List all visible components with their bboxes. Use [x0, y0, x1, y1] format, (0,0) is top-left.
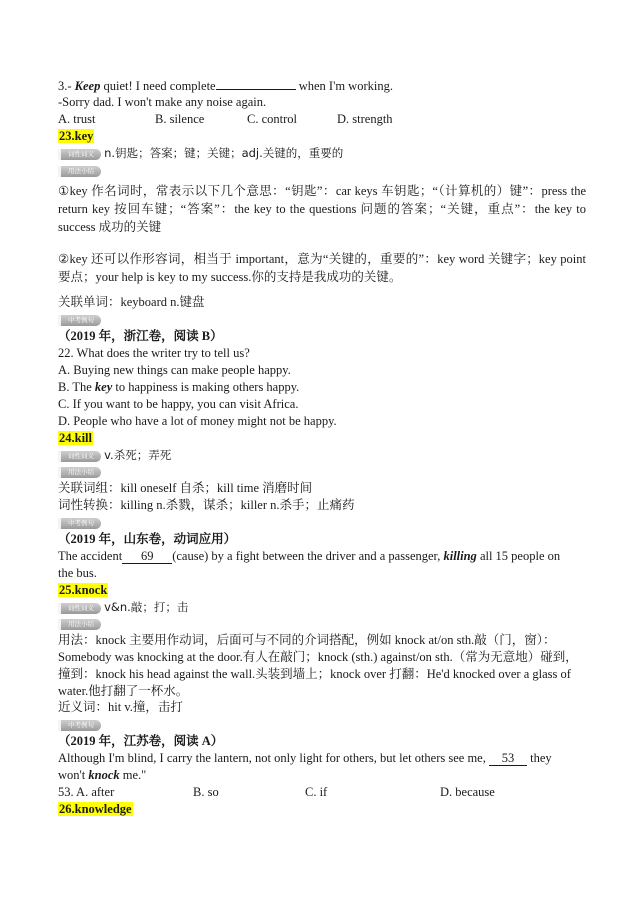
knock-exam-line1: Although I'm blind, I carry the lantern,…: [58, 750, 552, 766]
knock-usage-line-3: 撞到：knock his head against the wall.头装到墙上…: [58, 666, 571, 682]
q3-text: quiet! I need complete: [100, 79, 215, 93]
kill-meaning: v.杀死；弄死: [104, 448, 171, 462]
key-usage-paragraph-1: ①key 作名词时，常表示以下几个意思：“钥匙”：car keys 车钥匙；“（…: [58, 182, 586, 236]
q3-option-a: A. trust: [58, 111, 155, 127]
kill-usage-badge-row: 用法小结: [58, 464, 101, 478]
kill-exam-blank: 69: [122, 550, 172, 564]
key-meaning-row: 词性词义 n.钥匙；答案；键；关键；adj.关键的，重要的: [58, 145, 343, 161]
usage-badge: 用法小结: [58, 619, 101, 630]
key-related: 关联单词：keyboard n.键盘: [58, 294, 205, 310]
kill-exam-source: （2019 年，山东卷，动词应用）: [58, 531, 236, 547]
key-usage-badge-row: 用法小结: [58, 163, 101, 177]
entry-heading-kill: 24.kill: [58, 430, 93, 446]
key-exam-keyword: key: [95, 380, 112, 394]
meaning-badge: 词性词义: [58, 451, 101, 462]
example-badge: 中考例句: [58, 720, 101, 731]
kill-conversion: 词性转换：killing n.杀戮，谋杀；killer n.杀手；止痛药: [58, 497, 355, 513]
knock-option-a: 53. A. after: [58, 784, 193, 800]
q3-option-d: D. strength: [337, 111, 393, 127]
key-meaning: n.钥匙；答案；键；关键；adj.关键的，重要的: [104, 146, 343, 160]
q3-line2: -Sorry dad. I won't make any noise again…: [58, 94, 266, 110]
knock-exam-keyword: knock: [88, 768, 119, 782]
q3-suffix: when I'm working.: [296, 79, 393, 93]
knock-synonym: 近义词：hit v.撞，击打: [58, 699, 183, 715]
usage-badge: 用法小结: [58, 166, 101, 177]
kill-exam-keyword: killing: [443, 549, 476, 563]
usage-badge: 用法小结: [58, 467, 101, 478]
knock-exam-options: 53. A. afterB. soC. ifD. because: [58, 784, 495, 800]
entry-heading-knock: 25.knock: [58, 582, 108, 598]
knock-example-badge-row: 中考例句: [58, 717, 101, 731]
key-exam-source: （2019 年，浙江卷，阅读 B）: [58, 328, 223, 344]
kill-example-badge-row: 中考例句: [58, 515, 101, 529]
knock-option-c: C. if: [305, 784, 440, 800]
knock-exam-blank: 53: [489, 752, 527, 766]
knock-usage-line-1: 用法：knock 主要用作动词，后面可与不同的介词搭配，例如 knock at/…: [58, 632, 556, 648]
kill-exam-line1: The accident69(cause) by a fight between…: [58, 548, 560, 564]
knock-meaning: v&n.敲；打；击: [104, 600, 188, 614]
knock-usage-badge-row: 用法小结: [58, 616, 101, 630]
meaning-badge: 词性词义: [58, 603, 101, 614]
knock-usage-line-4: water.他打翻了一杯水。: [58, 683, 188, 699]
kill-related-phrases: 关联词组：kill oneself 自杀；kill time 消磨时间: [58, 480, 312, 496]
q3-keyword: Keep: [75, 79, 101, 93]
key-exam-option-b: B. The key to happiness is making others…: [58, 379, 299, 395]
knock-usage-line-2: Somebody was knocking at the door.有人在敲门；…: [58, 649, 578, 665]
entry-heading-key: 23.key: [58, 128, 94, 144]
q3-blank: [216, 89, 296, 90]
q3-line1: 3.- Keep quiet! I need complete when I'm…: [58, 78, 393, 94]
q3-options: A. trustB. silenceC. controlD. strength: [58, 111, 393, 127]
q3-number: 3.-: [58, 79, 75, 93]
key-exam-option-d: D. People who have a lot of money might …: [58, 413, 337, 429]
knock-meaning-row: 词性词义 v&n.敲；打；击: [58, 599, 188, 615]
knock-exam-source: （2019 年，江苏卷，阅读 A）: [58, 733, 223, 749]
key-exam-question: 22. What does the writer try to tell us?: [58, 345, 250, 361]
q3-option-b: B. silence: [155, 111, 247, 127]
key-usage-paragraph-2: ②key 还可以作形容词，相当于 important，意为“关键的，重要的”：k…: [58, 250, 586, 286]
key-example-badge-row: 中考例句: [58, 312, 101, 326]
kill-exam-line2: the bus.: [58, 565, 97, 581]
example-badge: 中考例句: [58, 518, 101, 529]
example-badge: 中考例句: [58, 315, 101, 326]
knock-exam-line2: won't knock me.": [58, 767, 146, 783]
kill-meaning-row: 词性词义 v.杀死；弄死: [58, 447, 171, 463]
knock-option-d: D. because: [440, 784, 495, 800]
key-exam-option-a: A. Buying new things can make people hap…: [58, 362, 291, 378]
meaning-badge: 词性词义: [58, 149, 101, 160]
entry-heading-knowledge: 26.knowledge: [58, 801, 133, 817]
knock-option-b: B. so: [193, 784, 305, 800]
q3-option-c: C. control: [247, 111, 337, 127]
key-exam-option-c: C. If you want to be happy, you can visi…: [58, 396, 298, 412]
